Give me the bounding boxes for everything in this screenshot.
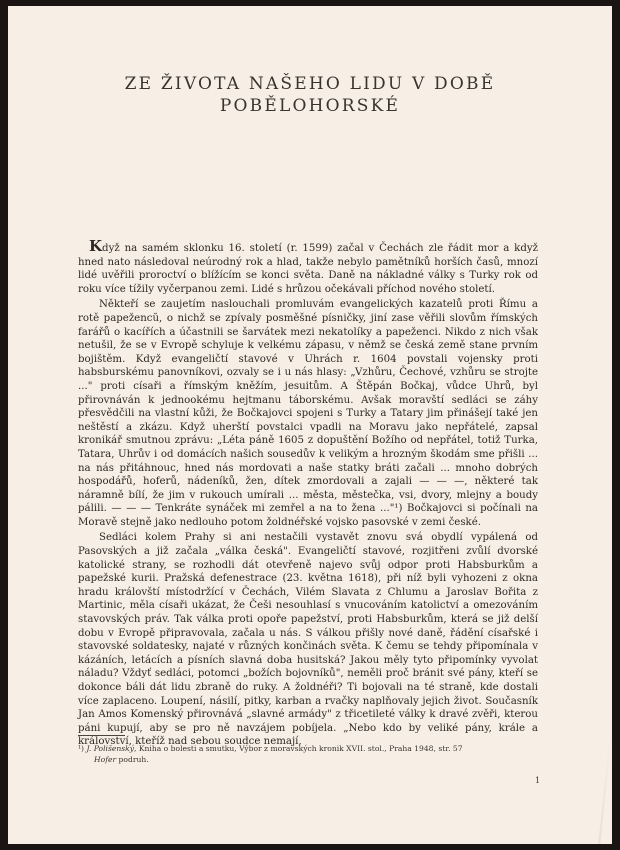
footnote-1: ¹) J. Polišenský, Kniha o bolesti a smut… [78, 743, 538, 754]
document-page: ZE ŽIVOTA NAŠEHO LIDU V DOBĚ POBĚLOHORSK… [8, 6, 612, 844]
footnote-gloss: Hofer podruh. [78, 754, 538, 765]
footnotes: ¹) J. Polišenský, Kniha o bolesti a smut… [78, 743, 538, 765]
paragraph-2: Někteří se zaujetím naslouchali promluvá… [78, 298, 538, 529]
paragraph-1: Když na samém sklonku 16. století (r. 15… [78, 240, 538, 296]
page-number: 1 [535, 776, 540, 785]
body-text: Když na samém sklonku 16. století (r. 15… [78, 240, 538, 751]
gloss-term: Hofer [94, 755, 116, 764]
paragraph-1-text: dyž na samém sklonku 16. století (r. 159… [78, 243, 538, 295]
footnote-marker: ¹) [78, 744, 84, 753]
title-line-2: POBĚLOHORSKÉ [0, 95, 620, 117]
paragraph-3: Sedláci kolem Prahy si ani nestačili vys… [78, 531, 538, 749]
page-title: ZE ŽIVOTA NAŠEHO LIDU V DOBĚ POBĚLOHORSK… [0, 73, 620, 117]
gloss-text: podruh. [116, 755, 149, 764]
title-line-1: ZE ŽIVOTA NAŠEHO LIDU V DOBĚ [0, 73, 620, 95]
footnote-divider [78, 735, 125, 736]
footnote-author: J. Polišenský [86, 744, 134, 753]
footnote-citation: , Kniha o bolesti a smutku, Výbor z mora… [134, 744, 463, 753]
drop-cap: K [89, 237, 102, 255]
